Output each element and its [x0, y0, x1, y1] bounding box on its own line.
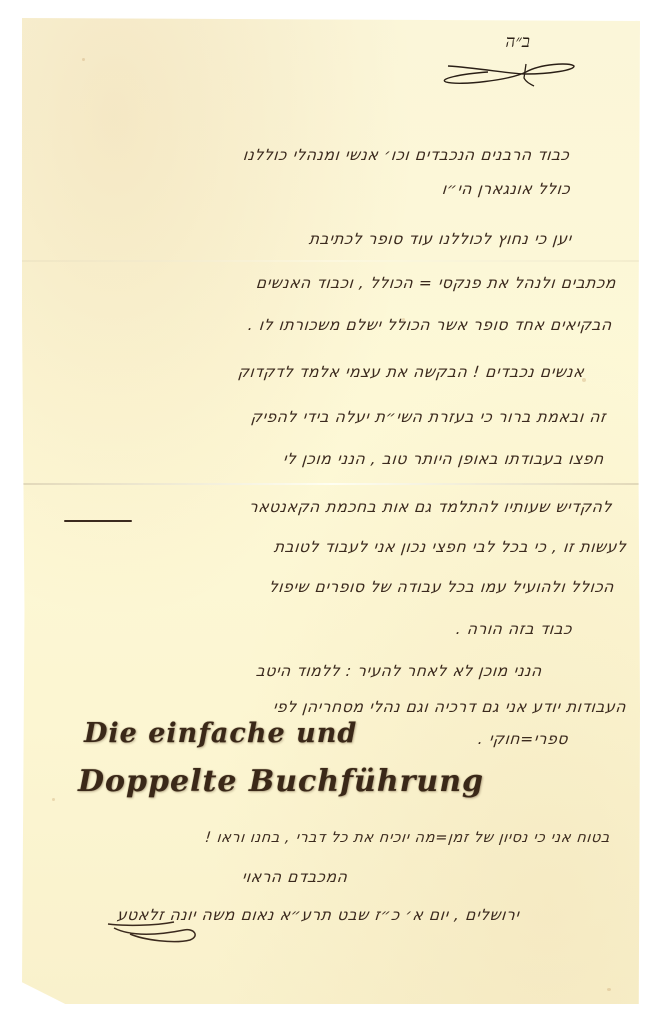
letter-paper: ב״ה כבוד הרבנים הנכבדים וכו׳ אנשי ומנהלי… [22, 18, 640, 1004]
body-line: הכולל ולהועיל עמו בכל עבודה של סופרים שי… [268, 578, 615, 596]
body-line: אנשים נכבדים ! הבקשה את עצמי אלמד לדקדוק [237, 363, 585, 381]
body-line: העבודות יודע אני גם דרכיה וגם נהלי מסחרי… [272, 698, 627, 716]
body-line: זה ובאמת ברור כי בעזרת השי״ת יעלה בידי ל… [250, 408, 607, 426]
salutation-line-1: כבוד הרבנים הנכבדים וכו׳ אנשי ומנהלי כול… [242, 146, 571, 164]
body-line: הבקיאים אחד סופר אשר הכולל ישלם משכורתו … [247, 316, 613, 334]
body-line-text: להקדיש שעותיו להתלמד גם אות בחכמת הקאנטא… [248, 498, 613, 516]
underline-mark [64, 520, 132, 522]
german-title-line-2: Doppelte Buchführung [78, 764, 484, 799]
body-line: לעשות זו , כי בכל לבי חפצי נכון אני לעבו… [273, 538, 627, 556]
body-line: חפצו בעבודתו באופן היותר טוב , הנני מוכן… [282, 450, 605, 468]
body-line: יען כי נחוץ לכוללנו עוד סופר לכתיבת [308, 230, 573, 248]
closing-line: בטוח אני כי נסיון של זמן=מה יוכיח את כל … [204, 830, 611, 846]
body-line: להקדיש שעותיו להתלמד גם אות בחכמת הקאנטא… [248, 498, 613, 516]
signature-flourish-icon [104, 916, 204, 946]
body-line: ספרי=חוקי . [477, 730, 569, 748]
body-line: מכתבים ולנהל את פנקסי = הכולל , וכבוד הא… [255, 274, 617, 292]
body-line: כבוד בזה הורה . [455, 620, 573, 638]
closing-regards: המכבדם הראוי [241, 868, 349, 886]
body-line: הנני מוכן לא לאחר להעיר : ללמוד היטב [255, 662, 543, 680]
scanned-page: ב״ה כבוד הרבנים הנכבדים וכו׳ אנשי ומנהלי… [0, 0, 663, 1024]
german-title-line-1: Die einfache und [84, 718, 357, 749]
salutation-line-2: כולל אונגארן הי״ו [441, 180, 571, 198]
